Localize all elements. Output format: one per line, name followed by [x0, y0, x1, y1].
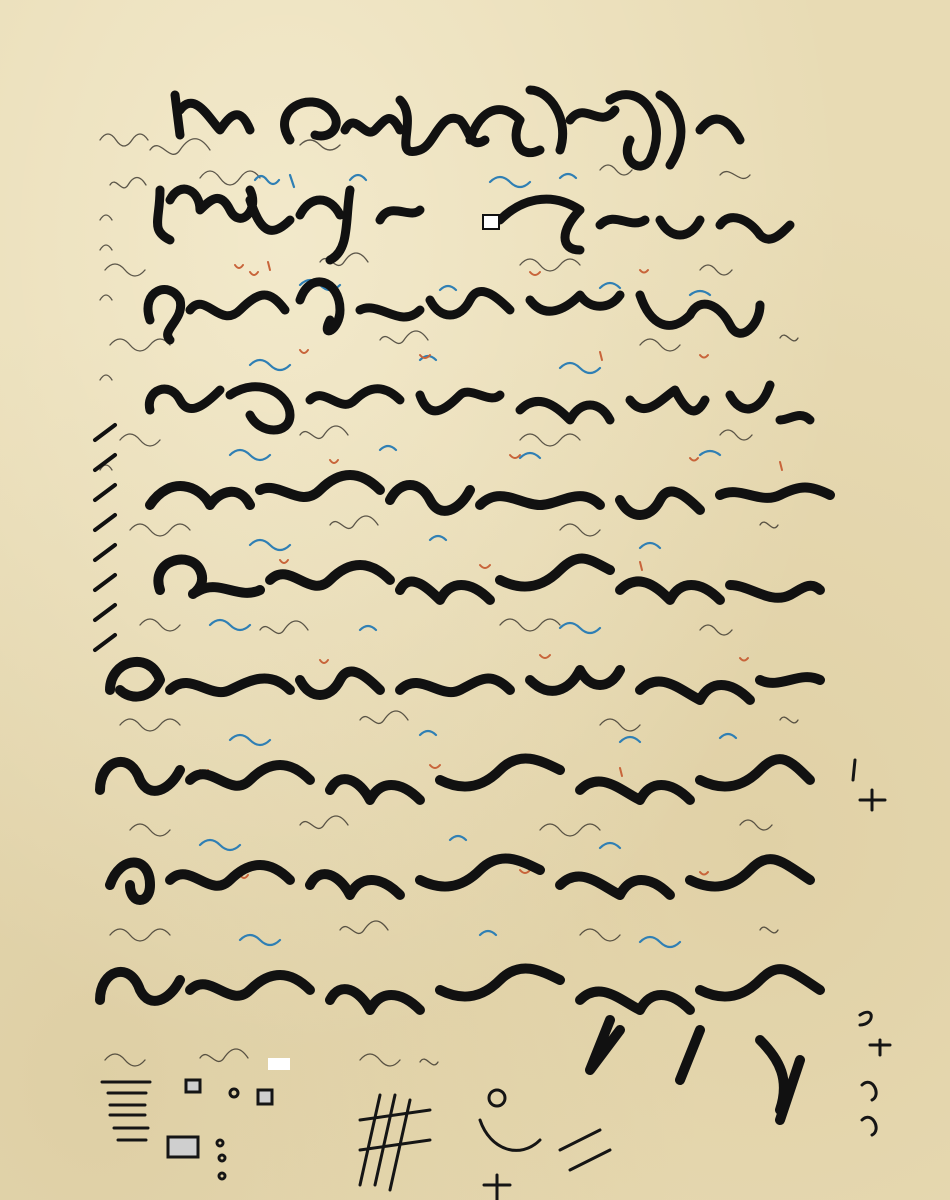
- glyph-marks-layer: [0, 0, 950, 1200]
- white-highlight-box: [482, 214, 500, 230]
- parchment-canvas: [0, 0, 950, 1200]
- white-highlight-box: [268, 1058, 290, 1070]
